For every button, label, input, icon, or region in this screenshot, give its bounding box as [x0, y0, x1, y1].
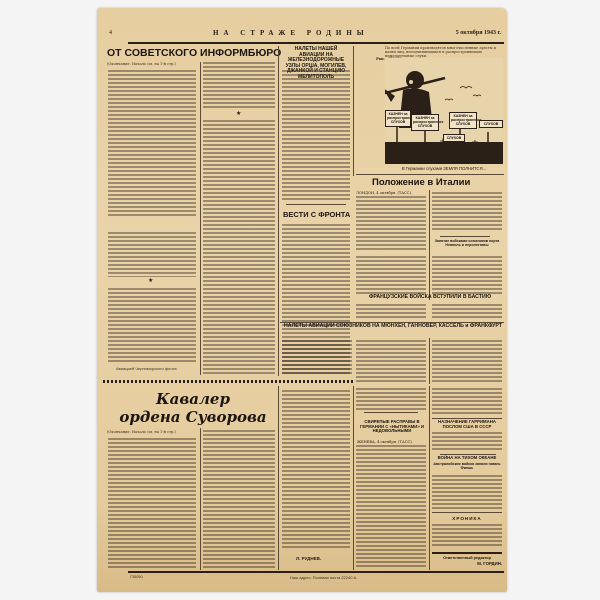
article-divider	[286, 204, 346, 205]
editor-label: Ответственный редактор	[432, 556, 502, 560]
article-body-sovinformburo-1	[108, 70, 196, 218]
column-divider	[278, 46, 279, 376]
article-body-suvorov-3	[282, 390, 350, 550]
dateline-italy: ЛОНДОН, 4 октября. (ТАСС).	[356, 191, 412, 195]
column-divider	[429, 386, 430, 570]
article-body-suvorov-2	[203, 430, 275, 568]
author-suvorov: Л. РУДНЕВ.	[296, 556, 321, 561]
article-divider	[432, 512, 502, 513]
article-body-chronicle	[432, 524, 502, 548]
cartoon-caption: В Германии слухами ЗЕМЛЯ ПОЛНИТСЯ...	[385, 166, 503, 171]
star-divider-icon: ★	[236, 110, 241, 117]
continuation-note-suvorov: (Окончание. Начало см. на 1-й стр.)	[107, 430, 199, 434]
column-divider	[429, 338, 430, 384]
article-body-italy-4	[356, 256, 426, 296]
headline-italy-sub: Занятие войсками союзников порта Неаполь…	[432, 240, 502, 248]
headline-chronicle: ХРОНИКА	[432, 516, 502, 521]
subhead-pacific: Австралийские войска заняли гавань Финшь	[432, 463, 502, 471]
article-divider	[364, 412, 418, 413]
article-body-suvorov-1	[108, 438, 196, 568]
article-body-allied-raids-4	[356, 388, 426, 410]
footer-address: Наш адрес: Полевая почта 22240 А.	[290, 575, 357, 580]
article-body-bastia-1	[356, 304, 426, 320]
headline-suvorov-line1: Кавалер	[108, 390, 278, 408]
article-body-repressions	[356, 445, 426, 569]
continuation-note: (Окончание. Начало см. на 1-й стр.)	[107, 62, 197, 66]
headline-italy: Положение в Италии	[372, 177, 470, 188]
article-body-italy-1	[356, 196, 426, 252]
star-divider-icon: ★	[148, 277, 153, 284]
cartoon-illustration: КАЗНЕН за распространение СЛУХОВ КАЗНЕН …	[385, 58, 503, 164]
section-divider	[356, 174, 504, 175]
footer-code: Г35050	[130, 575, 143, 579]
article-body-allied-raids-2	[432, 340, 502, 384]
article-body-allied-raids-3	[282, 340, 352, 376]
cartoon-sign: КАЗНЕН за распространение СЛУХОВ	[385, 110, 411, 127]
headline-front-news: ВЕСТИ С ФРОНТА	[283, 210, 350, 219]
article-divider	[440, 236, 490, 237]
article-body-harriman	[432, 432, 502, 452]
article-body-italy-3	[432, 256, 502, 296]
decorative-divider	[103, 380, 353, 383]
cartoon-sign: КАЗНЕН за распространение СЛУХОВ	[411, 114, 439, 131]
headline-germany-repressions: СВИРЕПЫЕ РАСПРАВЫ В ГЕРМАНИИ С «НЫТИКАМИ…	[356, 420, 428, 434]
headline-pacific: ВОЙНА НА ТИХОМ ОКЕАНЕ	[432, 456, 502, 461]
headline-allied-raids: НАЛЕТЫ АВИАЦИИ СОЮЗНИКОВ НА МЮНХЕН, ГАНН…	[282, 324, 504, 330]
article-body-italy-2	[432, 192, 502, 230]
cartoon-sign: СЛУХОВ	[443, 134, 465, 142]
article-body-sovinformburo-2	[108, 232, 196, 277]
column-divider	[200, 428, 201, 570]
article-body-air-raids	[282, 70, 350, 200]
article-body-bastia-2	[432, 304, 502, 320]
page-number: 4	[109, 30, 112, 36]
column-divider	[429, 190, 430, 300]
issue-date: 5 октября 1943 г.	[456, 30, 501, 36]
column-divider	[278, 386, 279, 570]
column-divider	[200, 62, 201, 375]
cartoon-sign: КАЗНЕН за распространение СЛУХОВ	[449, 112, 477, 129]
article-body-pacific	[432, 475, 502, 509]
article-body-allied-raids-5	[432, 388, 502, 414]
column-divider	[353, 386, 354, 570]
editor-rule	[432, 552, 502, 554]
cartoon-sign: СЛУХОВ	[479, 120, 503, 128]
masthead: 4 НА СТРАЖЕ РОДИНЫ 5 октября 1943 г.	[103, 28, 505, 42]
signoff-sovinformburo: Авиацией Черноморского флота	[116, 366, 177, 371]
headline-suvorov-line2: ордена Суворова	[108, 408, 278, 426]
footer-rule	[128, 571, 504, 573]
article-body-col2-1	[203, 62, 275, 110]
masthead-rule	[128, 42, 504, 44]
dateline-repressions: ЖЕНЕВА, 4 октября. (ТАСС).	[357, 440, 413, 444]
column-divider	[353, 46, 354, 176]
newspaper-title: НА СТРАЖЕ РОДИНЫ	[213, 29, 369, 37]
headline-sovinformburo: ОТ СОВЕТСКОГО ИНФОРМБЮРО	[107, 47, 281, 59]
article-body-allied-raids-1	[356, 340, 426, 384]
article-body-sovinformburo-3	[108, 288, 196, 363]
cartoon-intro: По всей Германии производятся многочисле…	[385, 46, 503, 59]
editor-name: М. ГОРДИН.	[452, 562, 502, 567]
headline-bastia: ФРАНЦУЗСКИЕ ВОЙСКА ВСТУПИЛИ В БАСТИЮ	[356, 295, 504, 301]
headline-harriman: НАЗНАЧЕНИЕ ГАРРИМАНА ПОСЛОМ США В СССР	[432, 420, 502, 429]
article-body-col2-2	[203, 120, 275, 375]
